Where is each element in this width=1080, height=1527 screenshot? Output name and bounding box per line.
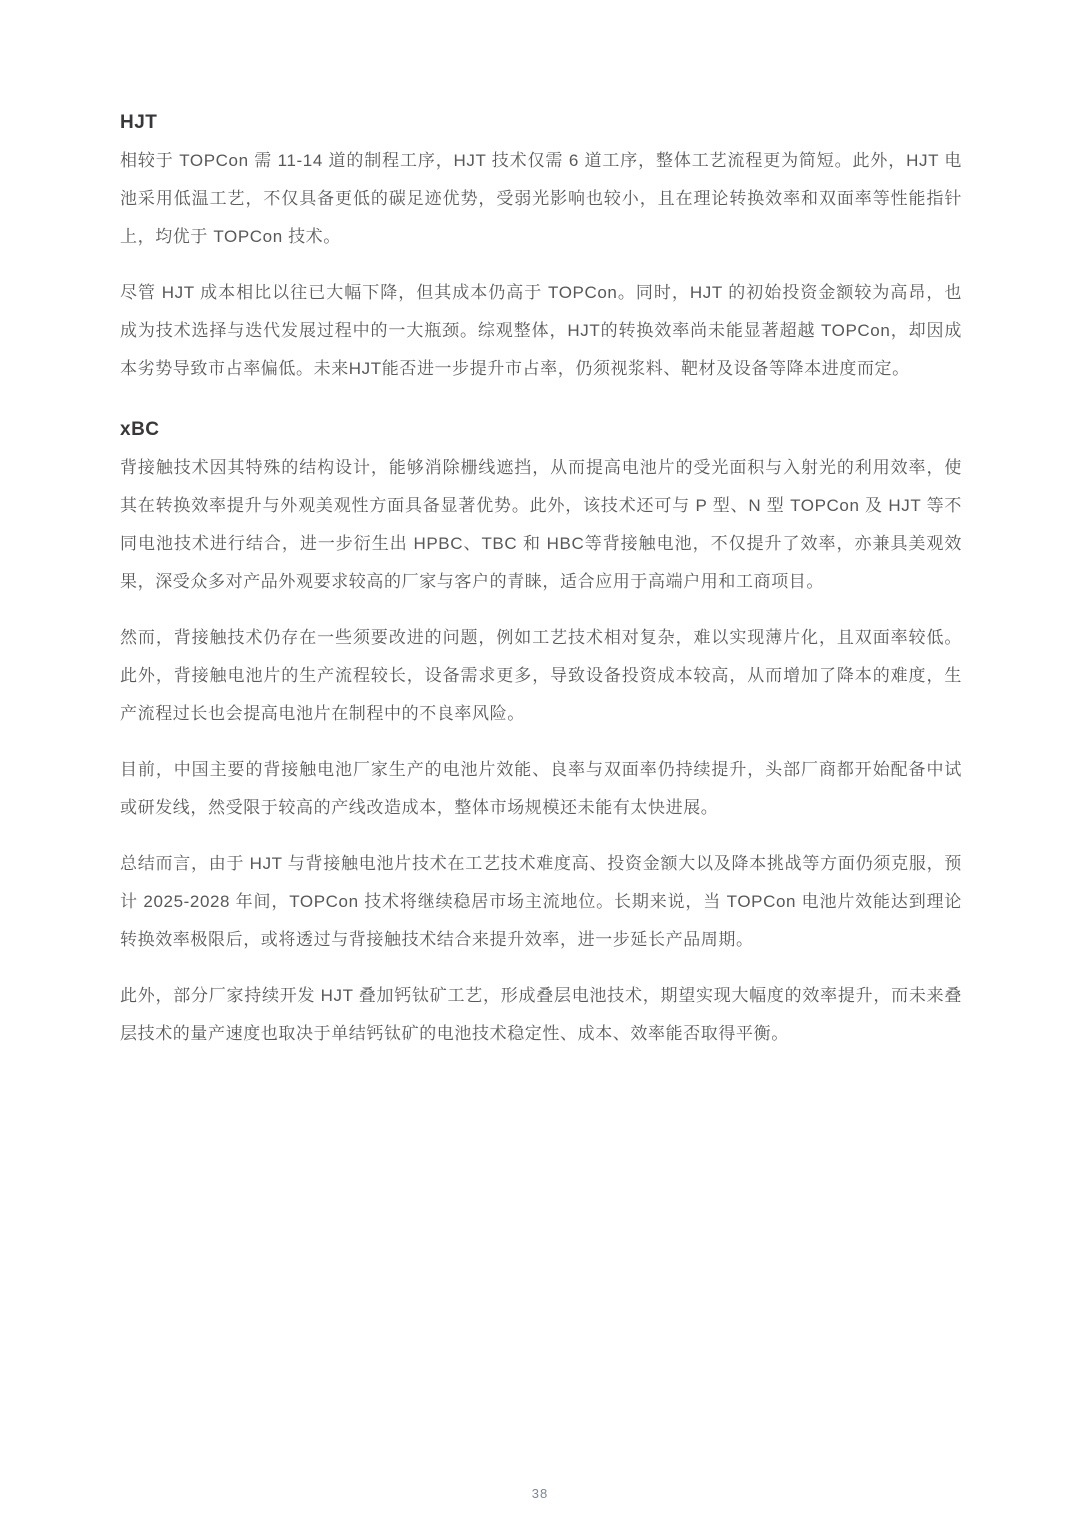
- paragraph: 目前，中国主要的背接触电池厂家生产的电池片效能、良率与双面率仍持续提升，头部厂商…: [120, 751, 962, 827]
- page-number: 38: [532, 1486, 548, 1501]
- page-content: HJT 相较于 TOPCon 需 11-14 道的制程工序，HJT 技术仅需 6…: [120, 104, 962, 1053]
- page-footer: 38: [0, 1485, 1080, 1503]
- section-heading-xbc: xBC: [120, 411, 962, 449]
- paragraph: 然而，背接触技术仍存在一些须要改进的问题，例如工艺技术相对复杂，难以实现薄片化，…: [120, 619, 962, 733]
- paragraph: 尽管 HJT 成本相比以往已大幅下降，但其成本仍高于 TOPCon。同时，HJT…: [120, 274, 962, 388]
- document-page: HJT 相较于 TOPCon 需 11-14 道的制程工序，HJT 技术仅需 6…: [0, 0, 1080, 1527]
- paragraph: 背接触技术因其特殊的结构设计，能够消除栅线遮挡，从而提高电池片的受光面积与入射光…: [120, 449, 962, 601]
- section-heading-hjt: HJT: [120, 104, 962, 142]
- paragraph: 此外，部分厂家持续开发 HJT 叠加钙钛矿工艺，形成叠层电池技术，期望实现大幅度…: [120, 977, 962, 1053]
- paragraph: 相较于 TOPCon 需 11-14 道的制程工序，HJT 技术仅需 6 道工序…: [120, 142, 962, 256]
- paragraph: 总结而言，由于 HJT 与背接触电池片技术在工艺技术难度高、投资金额大以及降本挑…: [120, 845, 962, 959]
